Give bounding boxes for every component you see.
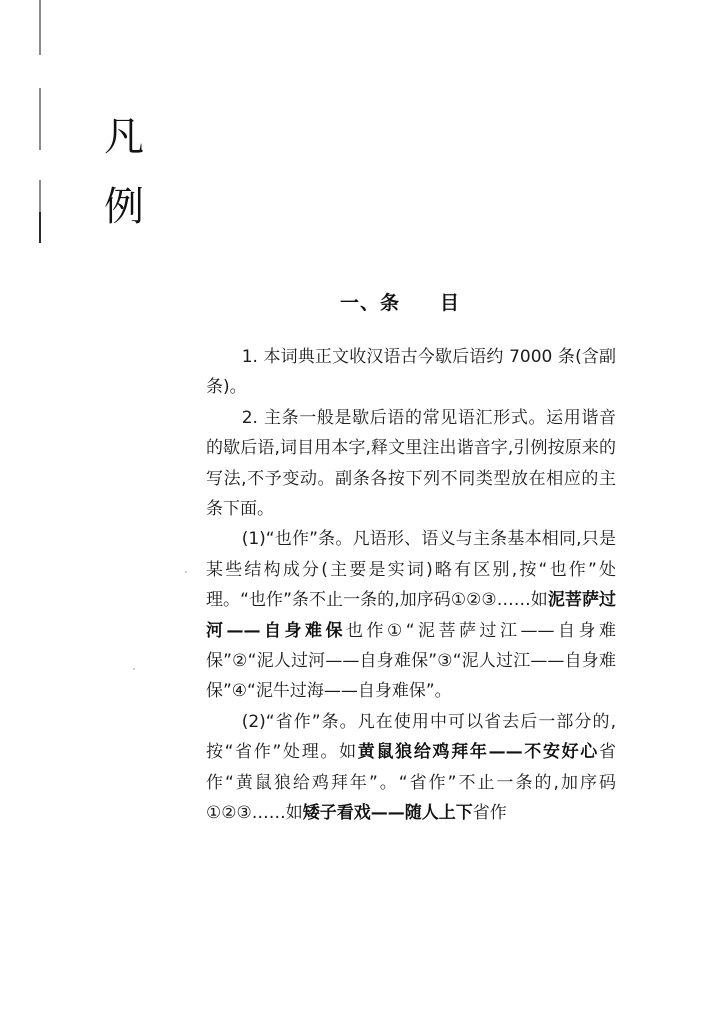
paragraph-2: 2. 主条一般是歇后语的常见语汇形式。运用谐音的歇后语,词目用本字,释文里注出谐… [206, 403, 616, 525]
paragraph-4: (2)“省作”条。凡在使用中可以省去后一部分的,按“省作”处理。如黄鼠狼给鸡拜年… [206, 707, 616, 829]
scan-speck [185, 571, 187, 573]
scan-speck [133, 668, 135, 670]
margin-rule-bottom [39, 180, 41, 214]
chapter-title: 凡 例 [100, 102, 148, 242]
text-segment: 省作 [473, 803, 507, 823]
paragraph-1: 1. 本词典正文收汉语古今歇后语约 7000 条(含副条)。 [206, 342, 616, 403]
example-headword: 黄鼠狼给鸡拜年——不安好心 [358, 742, 599, 762]
margin-rule-bottom-dark [39, 212, 41, 243]
body-text: 1. 本词典正文收汉语古今歇后语约 7000 条(含副条)。 2. 主条一般是歇… [206, 342, 616, 829]
text-segment: 2. 主条一般是歇后语的常见语汇形式。运用谐音的歇后语,词目用本字,释文里注出谐… [206, 408, 616, 519]
margin-rule-top [39, 0, 41, 55]
example-headword: 矮子看戏——随人上下 [303, 803, 473, 823]
section-heading: 一、条 目 [340, 288, 460, 315]
chapter-title-char-2: 例 [100, 172, 148, 242]
chapter-title-char-1: 凡 [100, 102, 148, 172]
margin-rule-middle [39, 88, 41, 150]
text-segment: 1. 本词典正文收汉语古今歇后语约 7000 条(含副条)。 [206, 347, 616, 397]
paragraph-3: (1)“也作”条。凡语形、语义与主条基本相同,只是某些结构成分(主要是实词)略有… [206, 524, 616, 706]
